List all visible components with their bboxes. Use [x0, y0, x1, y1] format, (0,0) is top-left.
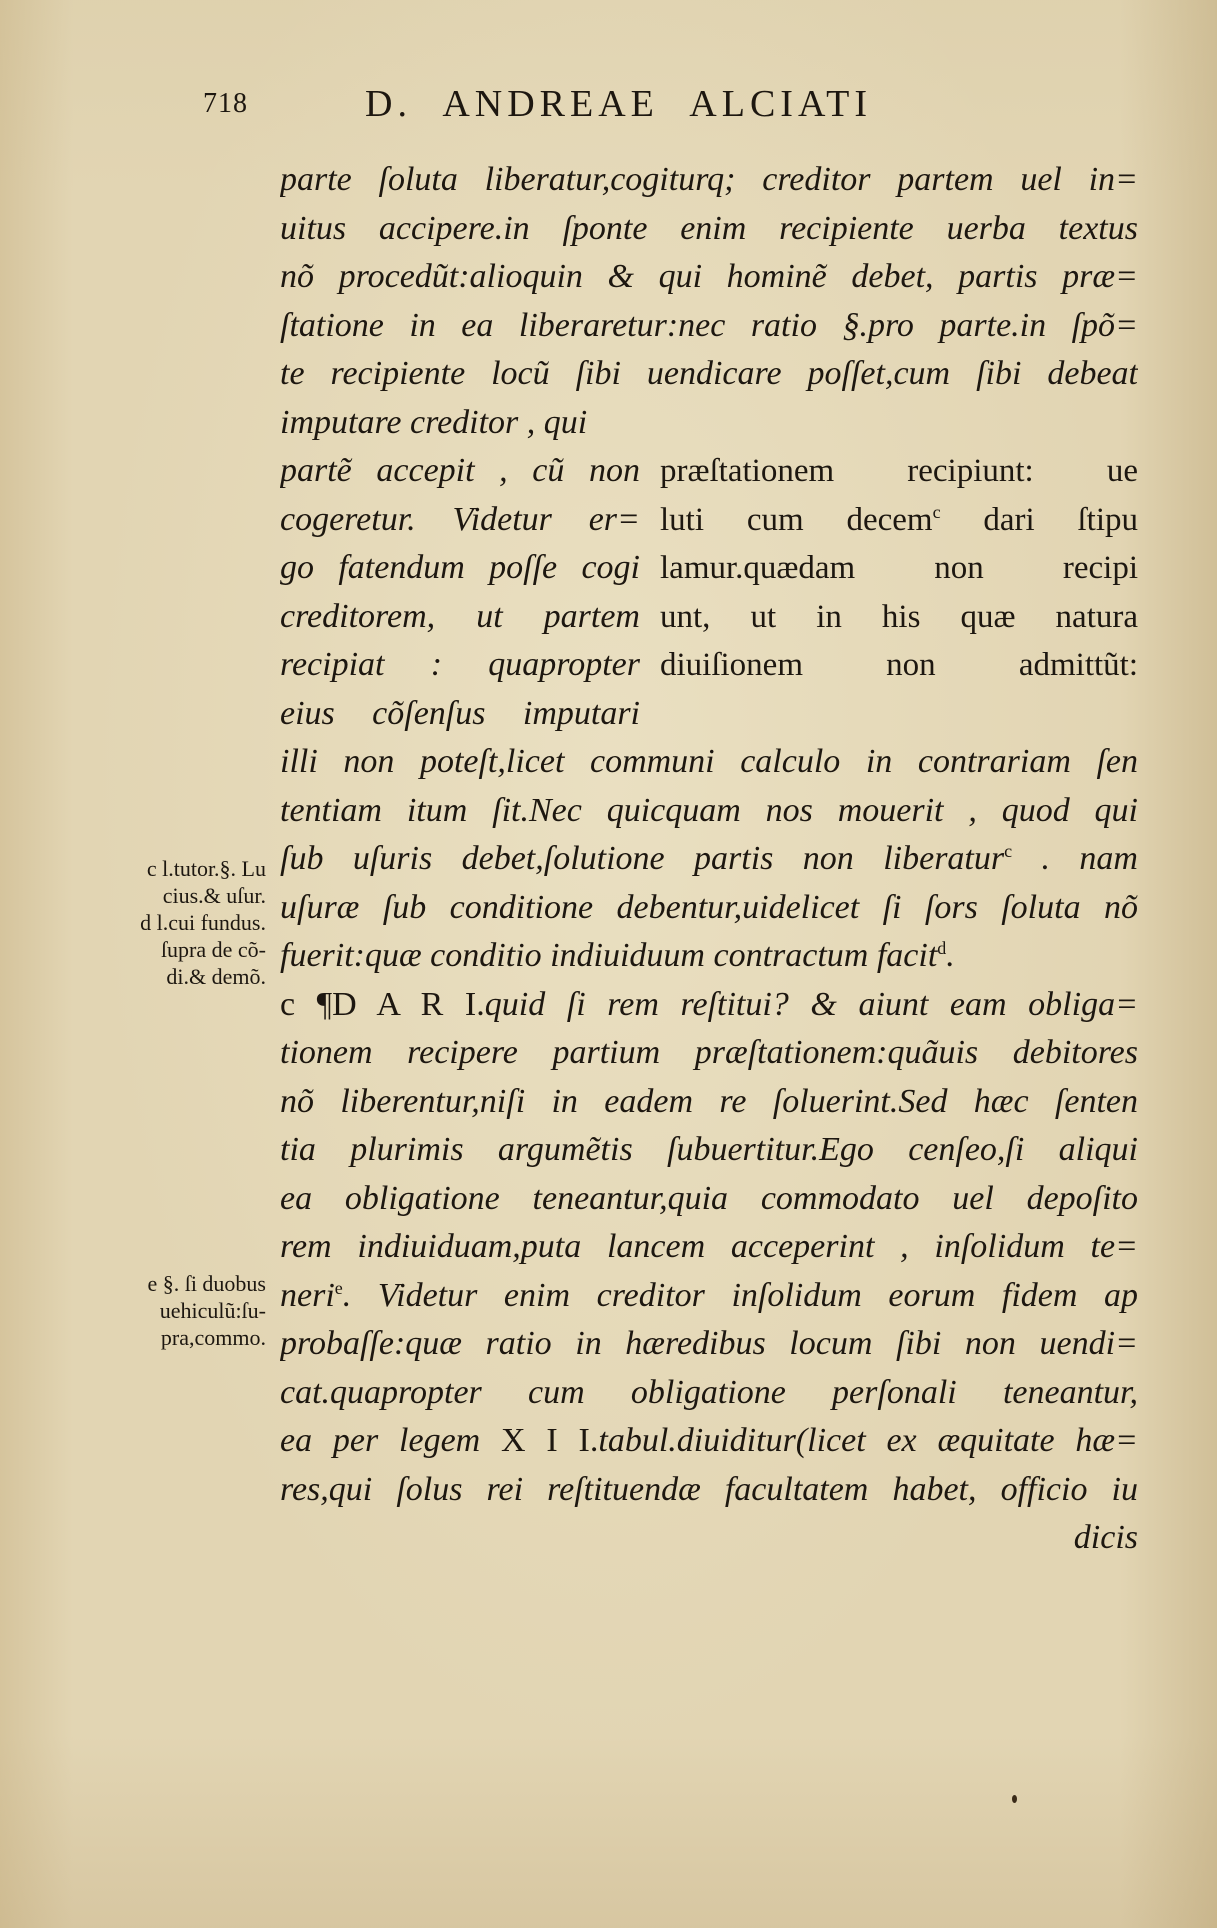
- page-number: 718: [203, 88, 248, 120]
- note-line: pra,commo.: [66, 1324, 266, 1351]
- text-span: fuerit:quæ conditio indiuiduum contractu…: [280, 937, 937, 974]
- left-column: partẽ accepit , cũ non cogeretur. Videtu…: [280, 447, 640, 738]
- text-line: imputare creditor , qui: [280, 399, 1138, 448]
- running-head: 718 D. ANDREAE ALCIATI: [200, 82, 1000, 132]
- text-line: te recipiente locũ ſibi uendicare poſſet…: [280, 350, 1138, 399]
- section-marker: c: [280, 986, 295, 1023]
- text-span: dari ſtipu: [941, 502, 1138, 538]
- text-line: nõ procedũt:alioquin & qui hominẽ debet,…: [280, 253, 1138, 302]
- pilcrow-icon: ¶: [317, 986, 332, 1023]
- margin-note-c-d: c l.tutor.§. Lu cius.& uſur. d l.cui fun…: [66, 855, 266, 990]
- note-line: d l.cui fundus.: [66, 909, 266, 936]
- right-column-roman: præſtationem recipiunt: ue luti cum dece…: [660, 447, 1138, 738]
- catchword: dicis: [280, 1514, 1138, 1563]
- text-span: neri: [280, 1277, 335, 1314]
- text-line: cat.quapropter cum obligatione perſonali…: [280, 1369, 1138, 1418]
- text-line: uſuræ ſub conditione debentur,uidelicet …: [280, 884, 1138, 933]
- text-line: ſtatione in ea liberaretur:nec ratio §.p…: [280, 302, 1138, 351]
- footnote-marker: e: [335, 1278, 343, 1298]
- text-line: diuiſionem non admittũt:: [660, 641, 1138, 690]
- text-span: luti cum decem: [660, 502, 933, 538]
- note-line: cius.& uſur.: [66, 882, 266, 909]
- main-text: parte ſoluta liberatur,cogiturq; credito…: [280, 156, 1138, 1563]
- text-line: nerie. Videtur enim creditor inſolidum e…: [280, 1272, 1138, 1321]
- text-line: luti cum decemc dari ſtipu: [660, 496, 1138, 545]
- text-line: res,qui ſolus rei reſtituendæ facultatem…: [280, 1466, 1138, 1515]
- text-line: creditorem, ut partem: [280, 593, 640, 642]
- footnote-marker: c: [1004, 841, 1012, 861]
- text-line: cogeretur. Videtur er=: [280, 496, 640, 545]
- text-line: partẽ accepit , cũ non: [280, 447, 640, 496]
- roman-numeral: X I I.: [480, 1422, 598, 1459]
- ink-spot: [1012, 1795, 1017, 1803]
- note-line: ſupra de cõ-: [66, 936, 266, 963]
- note-line: e §. ſi duobus: [66, 1270, 266, 1297]
- text-span: . nam: [1012, 840, 1138, 877]
- text-line: ea obligatione teneantur,quia commodato …: [280, 1175, 1138, 1224]
- text-span: . Videtur enim creditor inſolidum eorum …: [343, 1277, 1138, 1314]
- text-line: ea per legem X I I.tabul.diuiditur(licet…: [280, 1417, 1138, 1466]
- text-line: eius cõſenſus imputari: [280, 690, 640, 739]
- note-line: di.& demõ.: [66, 963, 266, 990]
- text-line: tionem recipere partium præſtationem:quã…: [280, 1029, 1138, 1078]
- footnote-marker: c: [933, 502, 941, 522]
- text-span: tabul.diuiditur(licet ex æquitate hæ=: [598, 1422, 1138, 1459]
- two-column-section: partẽ accepit , cũ non cogeretur. Videtu…: [280, 447, 1138, 738]
- text-span: ea per legem: [280, 1422, 480, 1459]
- text-line: parte ſoluta liberatur,cogiturq; credito…: [280, 156, 1138, 205]
- lemma: D A R I.: [332, 986, 485, 1023]
- text-line: tentiam itum ſit.Nec quicquam nos moueri…: [280, 787, 1138, 836]
- margin-note-e: e §. ſi duobus uehiculũ:ſu- pra,commo.: [66, 1270, 266, 1351]
- text-line: fuerit:quæ conditio indiuiduum contractu…: [280, 932, 1138, 981]
- text-line: rem indiuiduam,puta lancem acceperint , …: [280, 1223, 1138, 1272]
- footnote-marker: d: [937, 938, 946, 958]
- text-line: probaſſe:quæ ratio in hæredibus locum ſi…: [280, 1320, 1138, 1369]
- text-line: go fatendum poſſe cogi: [280, 544, 640, 593]
- note-line: c l.tutor.§. Lu: [66, 855, 266, 882]
- text-span: .: [946, 937, 955, 974]
- text-line: illi non poteſt,licet communi calculo in…: [280, 738, 1138, 787]
- text-line: lamur.quædam non recipi: [660, 544, 1138, 593]
- text-line: uitus accipere.in ſponte enim recipiente…: [280, 205, 1138, 254]
- text-span: ſub uſuris debet,ſolutione partis non li…: [280, 840, 1004, 877]
- note-line: uehiculũ:ſu-: [66, 1297, 266, 1324]
- text-span: quid ſi rem reſtitui? & aiunt eam obliga…: [485, 986, 1138, 1023]
- text-line: tia plurimis argumẽtis ſubuertitur.Ego c…: [280, 1126, 1138, 1175]
- text-line: ſub uſuris debet,ſolutione partis non li…: [280, 835, 1138, 884]
- text-line: recipiat : quapropter: [280, 641, 640, 690]
- book-page: 718 D. ANDREAE ALCIATI parte ſoluta libe…: [0, 0, 1217, 1928]
- running-title: D. ANDREAE ALCIATI: [365, 82, 872, 126]
- text-line: unt, ut in his quæ natura: [660, 593, 1138, 642]
- lemma-line: c ¶D A R I.quid ſi rem reſtitui? & aiunt…: [280, 981, 1138, 1030]
- text-line: nõ liberentur,niſi in eadem re ſoluerint…: [280, 1078, 1138, 1127]
- text-line: præſtationem recipiunt: ue: [660, 447, 1138, 496]
